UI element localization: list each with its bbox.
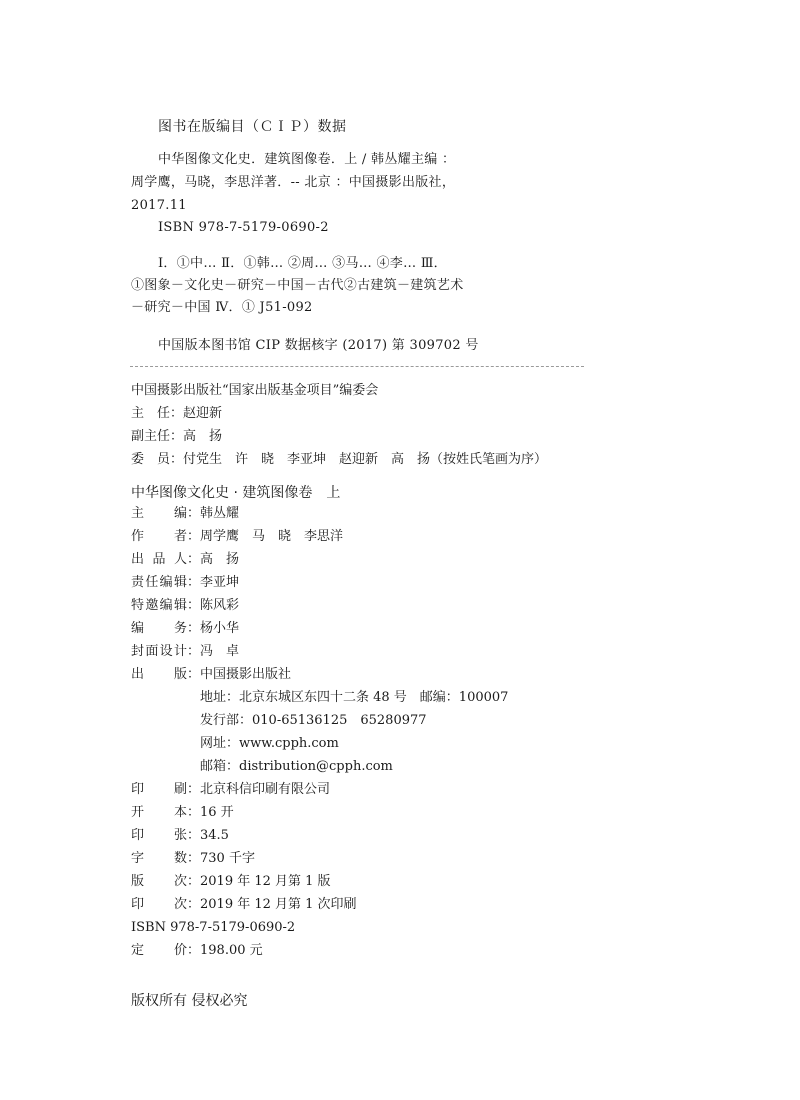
row-value: 730 千字 [200, 850, 255, 868]
book-row-publisher: 出版：中国摄影出版社 [131, 666, 291, 684]
row-value: 韩丛耀 [200, 505, 239, 523]
cip-class-line-1: Ⅰ．①中… Ⅱ．①韩… ②周… ③马… ④李… Ⅲ． [158, 254, 447, 274]
row-label: 主编 [131, 505, 187, 523]
row-value: 杨小华 [200, 620, 239, 638]
cip-line-3: 2017.11 [131, 196, 187, 216]
row-value: 34.5 [200, 827, 229, 845]
copyright-notice: 版权所有 侵权必究 [131, 990, 247, 1010]
row-label: 印刷 [131, 781, 187, 799]
row-label: 定价 [131, 942, 187, 960]
cip-approval-number: 中国版本图书馆 CIP 数据核字 (2017) 第 309702 号 [158, 336, 479, 356]
dashed-divider [130, 366, 584, 367]
row-value: 198.00 元 [200, 942, 263, 960]
row-label: 封面设计 [131, 643, 187, 661]
cip-line-1: 中华图像文化史．建筑图像卷．上 / 韩丛耀主编 ： [158, 150, 455, 170]
book-row-printer: 印刷：北京科信印刷有限公司 [131, 781, 330, 799]
publisher-website: 网址：www.cpph.com [200, 735, 339, 753]
colon: ： [187, 643, 200, 661]
colon: ： [187, 850, 200, 868]
row-value: 冯 卓 [200, 643, 239, 661]
committee-label: 委 员 [131, 452, 170, 467]
cip-class-line-2: ①图象－文化史－研究－中国－古代②古建筑－建筑艺术 [131, 276, 464, 296]
cip-class-line-3: －研究－中国 Ⅳ．① J51-092 [131, 298, 313, 318]
row-value: 周学鹰 马 晓 李思洋 [200, 528, 343, 546]
row-label: 字数 [131, 850, 187, 868]
row-label: 责任编辑 [131, 574, 187, 592]
publisher-address: 地址：北京东城区东四十二条 48 号 邮编：100007 [200, 689, 508, 707]
row-value: 北京科信印刷有限公司 [200, 781, 330, 799]
colon: ： [187, 574, 200, 592]
colon: ： [187, 597, 200, 615]
colon: ： [170, 406, 183, 421]
row-value: 李亚坤 [200, 574, 239, 592]
row-value: 中国摄影出版社 [200, 666, 291, 684]
cip-title: 图书在版编目（ＣＩＰ）数据 [158, 116, 347, 136]
row-value: 2019 年 12 月第 1 版 [200, 873, 331, 891]
committee-row-director: 主 任：赵迎新 [131, 405, 222, 423]
book-row-guest-editor: 特邀编辑：陈风彩 [131, 597, 239, 615]
book-row-authors: 作者：周学鹰 马 晓 李思洋 [131, 528, 343, 546]
committee-heading: 中国摄影出版社“国家出版基金项目”编委会 [131, 382, 378, 400]
row-value: 陈风彩 [200, 597, 239, 615]
committee-row-deputy: 副主任：高 扬 [131, 428, 222, 446]
cip-isbn-line: ISBN 978-7-5179-0690-2 [158, 218, 329, 238]
publisher-distribution-phone: 发行部：010-65136125 65280977 [200, 712, 427, 730]
committee-label: 主 任 [131, 406, 170, 421]
book-row-editorial-affairs: 编务：杨小华 [131, 620, 239, 638]
row-label: 编务 [131, 620, 187, 638]
colon: ： [187, 827, 200, 845]
cip-line-2: 周学鹰，马晓，李思洋著．-- 北京 ：中国摄影出版社， [131, 173, 455, 193]
book-row-chief-editor: 主编：韩丛耀 [131, 505, 239, 523]
colon: ： [187, 942, 200, 960]
publisher-email: 邮箱：distribution@cpph.com [200, 758, 393, 776]
committee-label: 副主任 [131, 429, 170, 444]
row-label: 版次 [131, 873, 187, 891]
colon: ： [170, 429, 183, 444]
colon: ： [187, 505, 200, 523]
colon: ： [187, 666, 200, 684]
book-row-printing: 印次：2019 年 12 月第 1 次印刷 [131, 896, 357, 914]
committee-value: 高 扬 [183, 429, 222, 444]
row-value: 2019 年 12 月第 1 次印刷 [200, 896, 357, 914]
book-title: 中华图像文化史 · 建筑图像卷 上 [131, 482, 340, 502]
colon: ： [187, 804, 200, 822]
book-row-cover-design: 封面设计：冯 卓 [131, 643, 239, 661]
book-isbn: ISBN 978-7-5179-0690-2 [131, 919, 295, 937]
colon: ： [187, 781, 200, 799]
row-label: 开本 [131, 804, 187, 822]
colon: ： [187, 620, 200, 638]
book-row-word-count: 字数：730 千字 [131, 850, 255, 868]
colon: ： [187, 873, 200, 891]
colon: ： [170, 452, 183, 467]
committee-value: 赵迎新 [183, 406, 222, 421]
book-row-format: 开本：16 开 [131, 804, 234, 822]
row-label: 出版 [131, 666, 187, 684]
book-row-edition: 版次：2019 年 12 月第 1 版 [131, 873, 331, 891]
row-value: 高 扬 [200, 551, 239, 569]
row-value: 16 开 [200, 804, 234, 822]
row-label: 作者 [131, 528, 187, 546]
book-row-price: 定价：198.00 元 [131, 942, 263, 960]
colon: ： [187, 528, 200, 546]
row-label: 出品人 [131, 551, 187, 569]
row-label: 印张 [131, 827, 187, 845]
book-row-sheets: 印张：34.5 [131, 827, 229, 845]
committee-row-members: 委 员：付党生 许 晓 李亚坤 赵迎新 高 扬（按姓氏笔画为序） [131, 451, 547, 469]
row-label: 特邀编辑 [131, 597, 187, 615]
book-row-responsible-editor: 责任编辑：李亚坤 [131, 574, 239, 592]
colon: ： [187, 896, 200, 914]
row-label: 印次 [131, 896, 187, 914]
colon: ： [187, 551, 200, 569]
committee-value: 付党生 许 晓 李亚坤 赵迎新 高 扬（按姓氏笔画为序） [183, 452, 547, 467]
book-row-producer: 出品人：高 扬 [131, 551, 239, 569]
